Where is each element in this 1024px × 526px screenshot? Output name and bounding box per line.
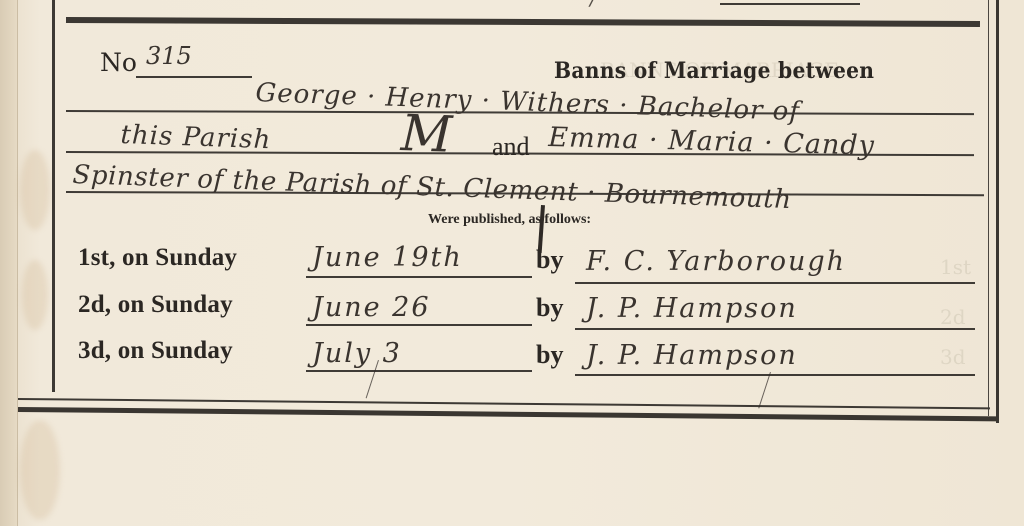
by-label: by: [536, 293, 563, 323]
publication-ordinal: 2d, on Sunday: [78, 291, 233, 319]
frame-left-border: [52, 0, 55, 392]
publication-ordinal: 1st, on Sunday: [78, 244, 237, 272]
and-conjunction: and: [492, 132, 530, 162]
show-through-text: 1st: [940, 255, 971, 279]
paper-stain: [20, 150, 50, 230]
show-through-text: 2d: [940, 305, 966, 329]
book-binding-edge: [0, 0, 18, 526]
groom-residence: this Parish: [120, 120, 272, 155]
officiant-name: F. C. Yarborough: [586, 246, 846, 277]
entry-number-value: 315: [146, 42, 192, 70]
curate-initial-mark: M: [400, 104, 453, 164]
paper-stain: [22, 260, 48, 330]
officiant-rule: [575, 374, 975, 376]
previous-entry-rule: [720, 3, 860, 5]
date-rule: [306, 324, 532, 326]
publication-date: July 3: [312, 338, 402, 369]
publication-date: June 19th: [312, 242, 463, 273]
officiant-name: J. P. Hampson: [586, 293, 798, 324]
frame-right-inner-border: [988, 0, 989, 416]
show-through-text: 3d: [940, 345, 966, 369]
date-rule: [306, 370, 532, 372]
publication-ordinal: 3d, on Sunday: [78, 337, 233, 365]
entry-number-underline: [136, 76, 252, 78]
frame-right-outer-border: [996, 0, 999, 423]
by-label: by: [536, 340, 563, 370]
officiant-rule: [575, 282, 975, 284]
banns-heading: Banns of Marriage between: [554, 58, 874, 84]
officiant-rule: [575, 328, 975, 330]
officiant-name: J. P. Hampson: [586, 340, 798, 371]
paper-stain: [20, 420, 60, 520]
date-rule: [306, 276, 532, 278]
entry-number-label: No: [100, 48, 137, 77]
previous-entry-remnant: /: [590, 0, 597, 10]
published-label: Were published, as follows:: [428, 212, 591, 228]
by-label: by: [536, 245, 563, 275]
publication-date: June 26: [312, 292, 431, 323]
